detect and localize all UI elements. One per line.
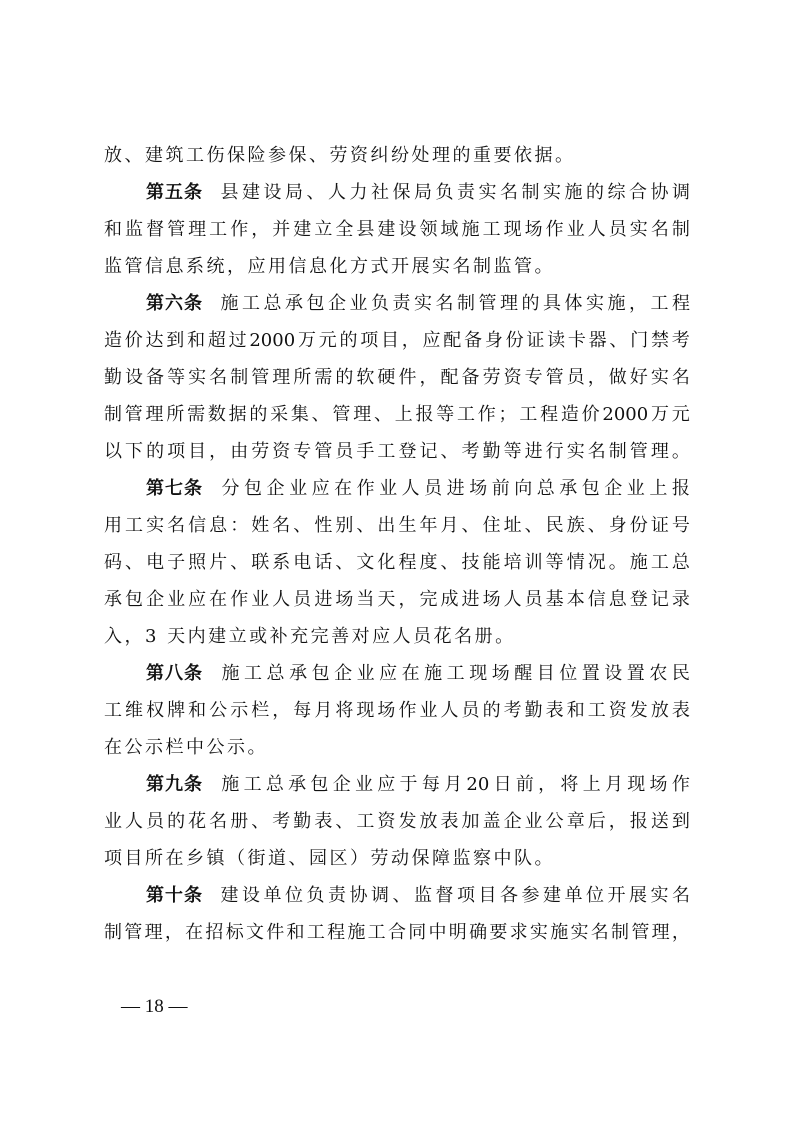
line-text: 监管信息系统，应用信息化方式开展实名制监管。 [104,248,555,285]
document-page: 放、建筑工伤保险参保、劳资纠纷处理的重要依据。第五条县建设局、人力社保局负责实名… [0,0,794,1123]
article-first-line: 第八条施工总承包企业应在施工现场醒目位置设置农民 [104,655,690,692]
text-line: 放、建筑工伤保险参保、劳资纠纷处理的重要依据。 [104,137,690,174]
text-line: 监管信息系统，应用信息化方式开展实名制监管。 [104,248,690,285]
line-text: 在公示栏中公示。 [104,729,268,766]
body-text: 放、建筑工伤保险参保、劳资纠纷处理的重要依据。第五条县建设局、人力社保局负责实名… [104,137,690,951]
text-line: 在公示栏中公示。 [104,729,690,766]
text-line: 入，3 天内建立或补充完善对应人员花名册。 [104,618,690,655]
article-heading: 第十条 [146,877,203,914]
text-line: 制管理所需数据的采集、管理、上报等工作；工程造价2000万元 [104,396,690,433]
article-heading: 第五条 [146,174,203,211]
text-line: 造价达到和超过2000万元的项目，应配备身份证读卡器、门禁考 [104,322,690,359]
article-first-line: 第七条分包企业应在作业人员进场前向总承包企业上报 [104,470,690,507]
article-first-line: 第十条建设单位负责协调、监督项目各参建单位开展实名 [104,877,690,914]
article-first-line: 第五条县建设局、人力社保局负责实名制实施的综合协调 [104,174,690,211]
text-line: 承包企业应在作业人员进场当天，完成进场人员基本信息登记录 [104,581,690,618]
text-line: 用工实名信息：姓名、性别、出生年月、住址、民族、身份证号 [104,507,690,544]
text-line: 勤设备等实名制管理所需的软硬件，配备劳资专管员，做好实名 [104,359,690,396]
article-heading: 第八条 [146,655,203,692]
text-line: 工维权牌和公示栏，每月将现场作业人员的考勤表和工资发放表 [104,692,690,729]
line-text: 入，3 天内建立或补充完善对应人员花名册。 [104,618,516,655]
text-line: 和监督管理工作，并建立全县建设领域施工现场作业人员实名制 [104,211,690,248]
text-line: 制管理，在招标文件和工程施工合同中明确要求实施实名制管理， [104,914,690,951]
article-first-line: 第九条施工总承包企业应于每月20日前，将上月现场作 [104,766,690,803]
article-first-line: 第六条施工总承包企业负责实名制管理的具体实施，工程 [104,285,690,322]
article-heading: 第六条 [146,285,203,322]
line-text: 放、建筑工伤保险参保、劳资纠纷处理的重要依据。 [104,137,576,174]
text-line: 业人员的花名册、考勤表、工资发放表加盖企业公章后，报送到 [104,803,690,840]
page-number: — 18 — [121,996,188,1018]
line-text: 项目所在乡镇（街道、园区）劳动保障监察中队。 [104,840,555,877]
article-heading: 第七条 [146,470,203,507]
text-line: 码、电子照片、联系电话、文化程度、技能培训等情况。施工总 [104,544,690,581]
article-heading: 第九条 [146,766,203,803]
text-line: 以下的项目，由劳资专管员手工登记、考勤等进行实名制管理。 [104,433,690,470]
text-line: 项目所在乡镇（街道、园区）劳动保障监察中队。 [104,840,690,877]
